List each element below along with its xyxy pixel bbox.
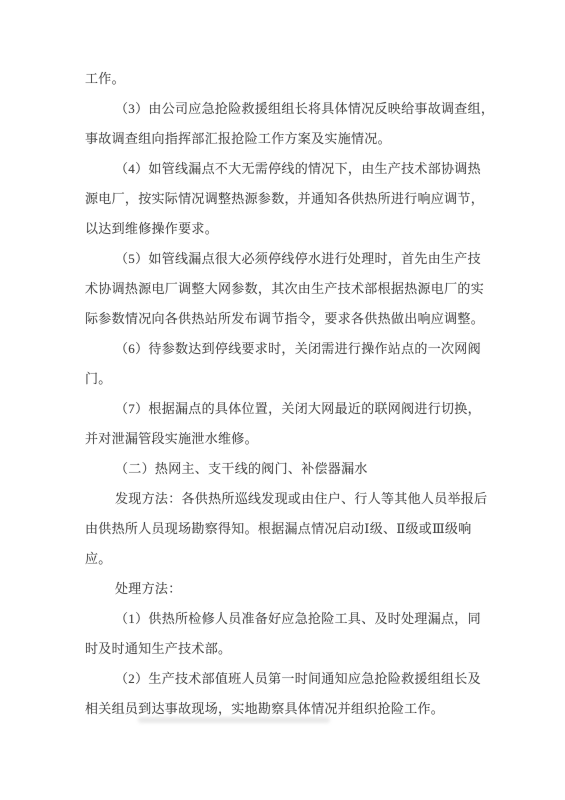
paragraph-item-3: （3）由公司应急抢险救援组组长将具体情况反映给事故调查组， 事故调查组向指挥部汇…: [85, 94, 487, 154]
text-line: （1）供热所检修人员准备好应急抢险工具、及时处理漏点，同: [85, 604, 487, 634]
paragraph-item-2: （2）生产技术部值班人员第一时间通知应急抢险救援组组长及 相关组员到达事故现场，…: [85, 664, 487, 724]
text-line: 并对泄漏管段实施泄水维修。: [85, 424, 487, 454]
section-heading: （二）热网主、支干线的阀门、补偿器漏水: [85, 454, 487, 484]
text-line: 发现方法：各供热所巡线发现或由住户、行人等其他人员举报后: [85, 484, 487, 514]
text-line: 源电厂，按实际情况调整热源参数，并通知各供热所进行响应调节，: [85, 184, 487, 214]
paragraph-item-6: （6）待参数达到停线要求时，关闭需进行操作站点的一次网阀 门。: [85, 334, 487, 394]
text-line: 际参数情况向各供热站所发布调节指令，要求各供热做出响应调整。: [85, 304, 487, 334]
paragraph-item-7: （7）根据漏点的具体位置，关闭大网最近的联网阀进行切换， 并对泄漏管段实施泄水维…: [85, 394, 487, 454]
text-line: 处理方法：: [85, 574, 487, 604]
text-line: （2）生产技术部值班人员第一时间通知应急抢险救援组组长及: [85, 664, 487, 694]
text-line: 以达到维修操作要求。: [85, 214, 487, 244]
document-page: 工作。 （3）由公司应急抢险救援组组长将具体情况反映给事故调查组， 事故调查组向…: [0, 0, 565, 800]
text-line: （3）由公司应急抢险救援组组长将具体情况反映给事故调查组，: [85, 94, 487, 124]
document-body: 工作。 （3）由公司应急抢险救援组组长将具体情况反映给事故调查组， 事故调查组向…: [85, 64, 487, 724]
paragraph-handling-method: 处理方法：: [85, 574, 487, 604]
text-line: （7）根据漏点的具体位置，关闭大网最近的联网阀进行切换，: [85, 394, 487, 424]
paragraph-item-4: （4）如管线漏点不大无需停线的情况下，由生产技术部协调热 源电厂，按实际情况调整…: [85, 154, 487, 244]
text-line: 时及时通知生产技术部。: [85, 634, 487, 664]
paragraph-item-5: （5）如管线漏点很大必须停线停水进行处理时，首先由生产技 术协调热源电厂调整大网…: [85, 244, 487, 334]
paragraph-continuation: 工作。: [85, 64, 487, 94]
text-line: 事故调查组向指挥部汇报抢险工作方案及实施情况。: [85, 124, 487, 154]
text-line: 工作。: [85, 64, 487, 94]
section-heading-line: （二）热网主、支干线的阀门、补偿器漏水: [85, 454, 487, 484]
text-line: 门。: [85, 364, 487, 394]
text-line: （6）待参数达到停线要求时，关闭需进行操作站点的一次网阀: [85, 334, 487, 364]
text-line: 由供热所人员现场勘察得知。根据漏点情况启动Ⅰ级、Ⅱ级或Ⅲ级响: [85, 514, 487, 544]
text-line: （4）如管线漏点不大无需停线的情况下，由生产技术部协调热: [85, 154, 487, 184]
text-line: 应。: [85, 544, 487, 574]
paragraph-item-1: （1）供热所检修人员准备好应急抢险工具、及时处理漏点，同 时及时通知生产技术部。: [85, 604, 487, 664]
text-line: （5）如管线漏点很大必须停线停水进行处理时，首先由生产技: [85, 244, 487, 274]
text-line: 术协调热源电厂调整大网参数，其次由生产技术部根据热源电厂的实: [85, 274, 487, 304]
scan-bleed-artifact: [138, 717, 330, 723]
paragraph-discovery-method: 发现方法：各供热所巡线发现或由住户、行人等其他人员举报后 由供热所人员现场勘察得…: [85, 484, 487, 574]
